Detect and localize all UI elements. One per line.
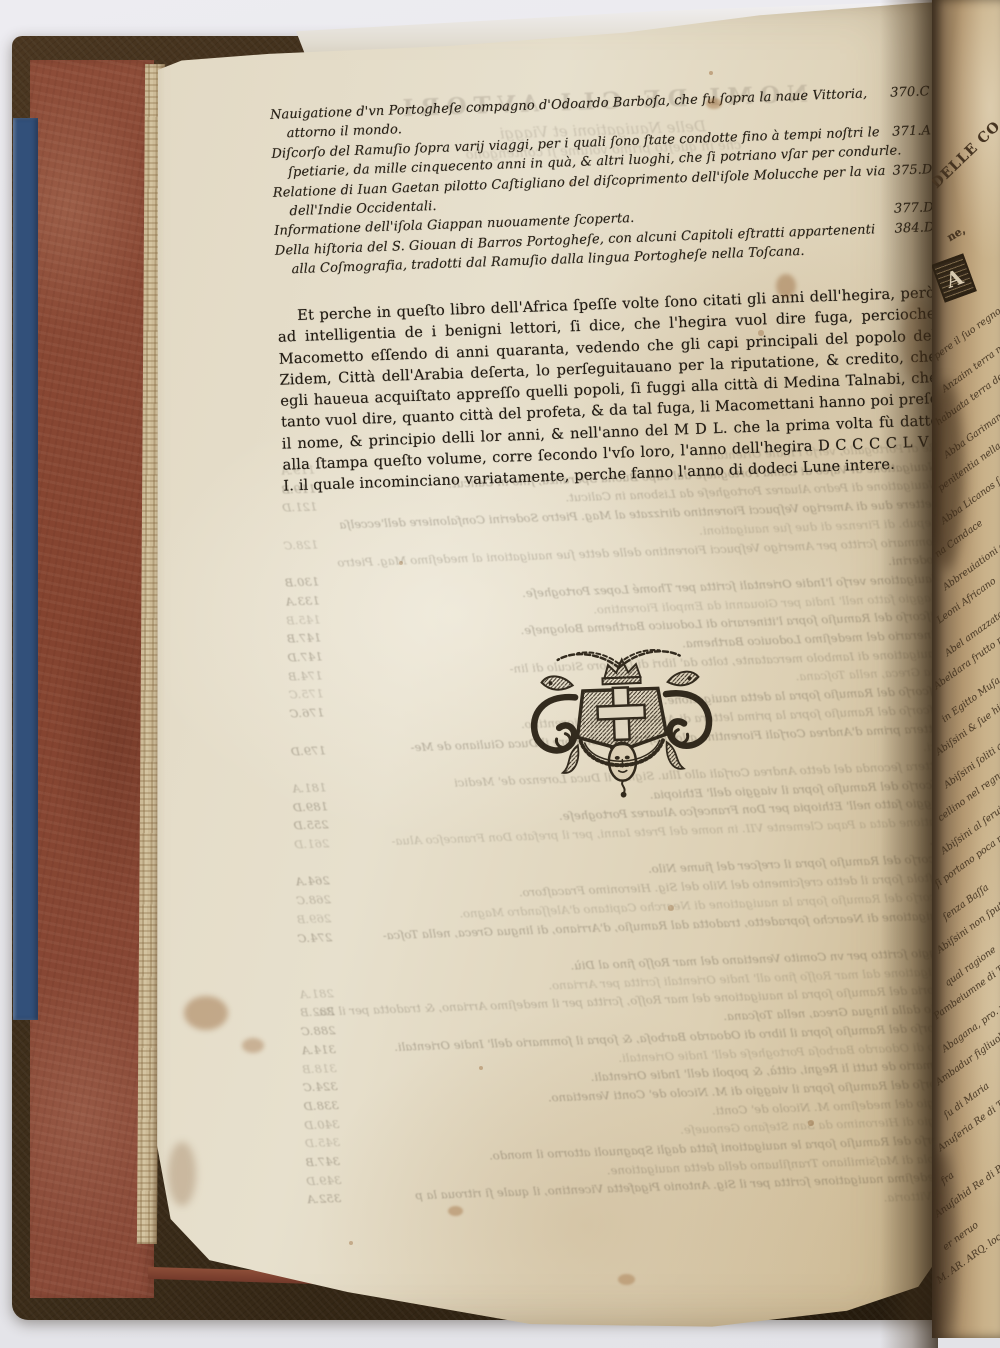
page-number: 268.C bbox=[296, 890, 331, 910]
page-number: 314.A bbox=[301, 1040, 336, 1060]
page-number: 128.C bbox=[283, 535, 318, 555]
woodcut-initial-icon: A bbox=[932, 253, 977, 302]
red-paste-board bbox=[30, 60, 154, 1298]
page-number: 181.A bbox=[292, 778, 327, 798]
right-page-edge: DELLE CO ne, A pere il ſuo regnoAnzaim t… bbox=[932, 0, 1000, 1338]
page-number: 264.A bbox=[295, 872, 330, 892]
page-number: 274.C bbox=[297, 928, 332, 948]
right-page-subheader-fragment: ne, bbox=[945, 223, 968, 244]
page-number: 318.B bbox=[302, 1059, 337, 1079]
page-number: 189.D bbox=[293, 797, 329, 817]
page-number: 133.A bbox=[285, 591, 320, 611]
page-number: 174.B bbox=[288, 666, 323, 686]
page-number: 324.C bbox=[303, 1077, 338, 1097]
page-number: 282.B bbox=[300, 1003, 335, 1023]
page-content-tilt: NOMI DE GLI AVTORI Delle Nauigationi et … bbox=[138, 0, 977, 1346]
page-number: 349.D bbox=[306, 1171, 342, 1191]
left-page: NOMI DE GLI AVTORI Delle Nauigationi et … bbox=[150, 2, 942, 1332]
page-number: 147.B bbox=[286, 629, 321, 649]
page-number: 176.C bbox=[289, 703, 324, 723]
page-number: 121.D bbox=[282, 498, 318, 518]
page-number: 179.D bbox=[291, 741, 327, 761]
page-number: 145.B bbox=[286, 610, 321, 630]
showthrough-index-lines: 119.ARe di Portogallo, verſo l'Indie Ori… bbox=[280, 438, 964, 1228]
index-entry-list: 370.CNauigatione d'vn Portogheſe compagn… bbox=[270, 82, 936, 280]
right-page-header-fragment: DELLE CO bbox=[932, 118, 1000, 192]
photo-of-open-antique-book: NOMI DE GLI AVTORI Delle Nauigationi et … bbox=[0, 0, 1000, 1348]
page-number: 288.C bbox=[301, 1021, 336, 1041]
page-number: 255.D bbox=[293, 816, 329, 836]
page-number: 281.A bbox=[299, 984, 334, 1004]
page-number: 147.D bbox=[287, 647, 323, 667]
page-number: 119.A bbox=[280, 461, 315, 481]
page-number: 347.B bbox=[305, 1152, 340, 1172]
page-number: 345.D bbox=[305, 1133, 341, 1153]
marbled-endpaper-edge bbox=[13, 118, 38, 1020]
page-number: 261.D bbox=[294, 834, 330, 854]
gutter-shadow bbox=[880, 0, 938, 1348]
page-number: 352.A bbox=[307, 1189, 342, 1209]
page-number: 130.B bbox=[284, 573, 319, 593]
woodcut-tailpiece-ornament-icon bbox=[511, 640, 731, 803]
page-number: 269.B bbox=[297, 909, 332, 929]
foxing-specks bbox=[150, 2, 152, 4]
page-number: 338.D bbox=[303, 1096, 339, 1116]
page-number: 175.C bbox=[288, 685, 323, 705]
page-number: 340.D bbox=[304, 1115, 340, 1135]
page-number: 119.B bbox=[281, 479, 316, 499]
